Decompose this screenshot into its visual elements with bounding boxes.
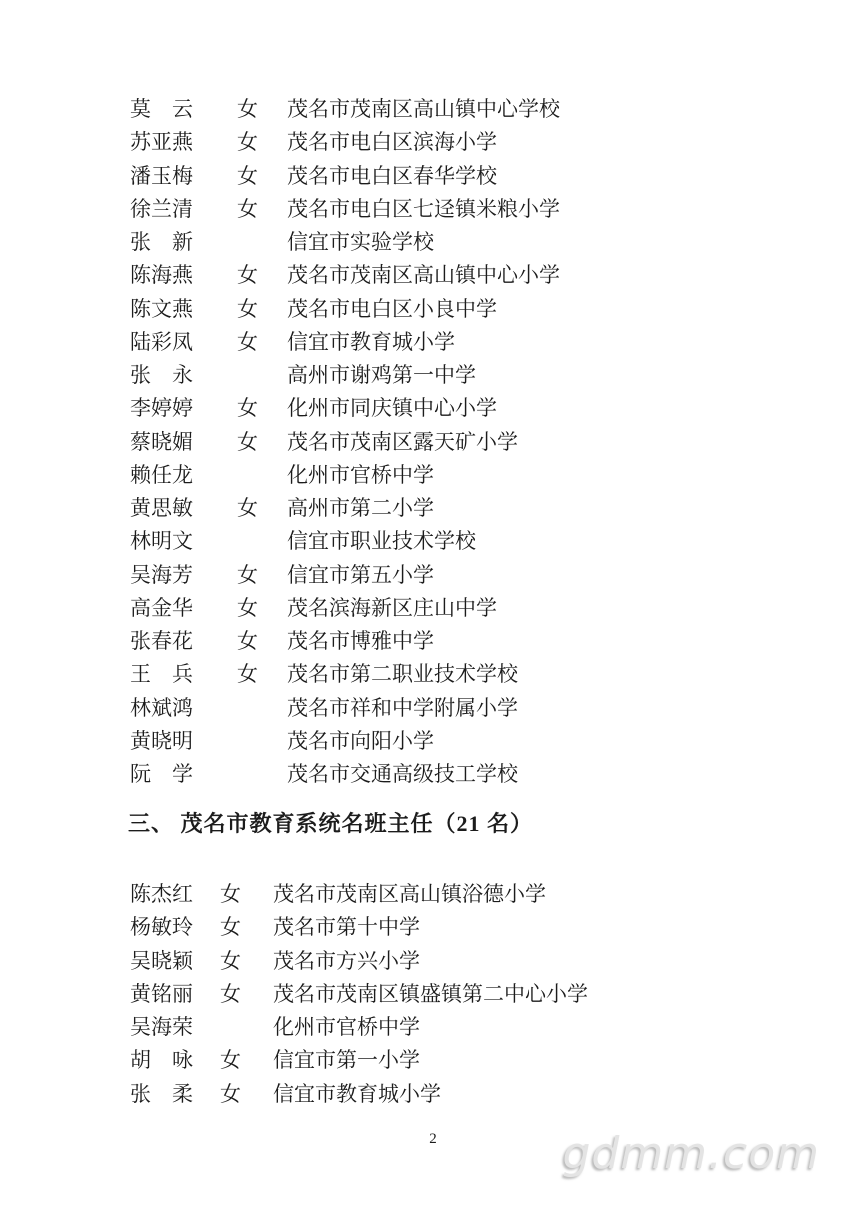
school-cell: 茂名市向阳小学 bbox=[287, 729, 434, 753]
table-row: 黄铭丽女茂名市茂南区镇盛镇第二中心小学 bbox=[130, 978, 588, 1011]
table-row: 潘玉梅女茂名市电白区春华学校 bbox=[130, 160, 560, 193]
name-cell: 苏亚燕 bbox=[130, 126, 237, 159]
document-page: 莫 云女茂名市茂南区高山镇中心学校苏亚燕女茂名市电白区滨海小学潘玉梅女茂名市电白… bbox=[0, 0, 866, 1224]
gender-cell: 女 bbox=[237, 93, 287, 126]
gender-cell: 女 bbox=[237, 259, 287, 292]
name-cell: 张 柔 bbox=[130, 1078, 220, 1111]
table-row: 吴海荣化州市官桥中学 bbox=[130, 1011, 588, 1044]
school-cell: 信宜市教育城小学 bbox=[273, 1082, 441, 1106]
name-cell: 林斌鸿 bbox=[130, 692, 237, 725]
gender-cell: 女 bbox=[237, 392, 287, 425]
school-cell: 信宜市第一小学 bbox=[273, 1048, 420, 1072]
name-cell: 阮 学 bbox=[130, 758, 237, 791]
table-row: 陈海燕女茂名市茂南区高山镇中心小学 bbox=[130, 259, 560, 292]
school-cell: 茂名滨海新区庄山中学 bbox=[287, 596, 497, 620]
table-row: 林斌鸿茂名市祥和中学附属小学 bbox=[130, 692, 560, 725]
school-cell: 茂名市祥和中学附属小学 bbox=[287, 696, 518, 720]
table-row: 陈文燕女茂名市电白区小良中学 bbox=[130, 293, 560, 326]
name-cell: 陈杰红 bbox=[130, 878, 220, 911]
gender-cell: 女 bbox=[237, 426, 287, 459]
table-row: 黄思敏女高州市第二小学 bbox=[130, 492, 560, 525]
school-cell: 茂名市茂南区高山镇中心小学 bbox=[287, 263, 560, 287]
school-cell: 茂名市第二职业技术学校 bbox=[287, 662, 518, 686]
head-teacher-list: 陈杰红女茂名市茂南区高山镇浴德小学杨敏玲女茂名市第十中学吴晓颖女茂名市方兴小学黄… bbox=[130, 878, 588, 1111]
gender-cell: 女 bbox=[237, 559, 287, 592]
name-cell: 徐兰清 bbox=[130, 193, 237, 226]
table-row: 蔡晓媚女茂名市茂南区露天矿小学 bbox=[130, 426, 560, 459]
gender-cell: 女 bbox=[220, 878, 273, 911]
table-row: 张 永高州市谢鸡第一中学 bbox=[130, 359, 560, 392]
name-cell: 高金华 bbox=[130, 592, 237, 625]
name-cell: 陈文燕 bbox=[130, 293, 237, 326]
gender-cell: 女 bbox=[237, 293, 287, 326]
name-cell: 张春花 bbox=[130, 625, 237, 658]
watermark: gdmm.com bbox=[562, 1128, 820, 1179]
name-cell: 林明文 bbox=[130, 525, 237, 558]
section-heading: 三、 茂名市教育系统名班主任（21 名） bbox=[128, 807, 533, 838]
name-cell: 李婷婷 bbox=[130, 392, 237, 425]
name-cell: 张 新 bbox=[130, 226, 237, 259]
school-cell: 茂名市方兴小学 bbox=[273, 949, 420, 973]
school-cell: 信宜市职业技术学校 bbox=[287, 529, 476, 553]
table-row: 陆彩凤女信宜市教育城小学 bbox=[130, 326, 560, 359]
name-cell: 吴海荣 bbox=[130, 1011, 220, 1044]
name-cell: 莫 云 bbox=[130, 93, 237, 126]
school-cell: 高州市第二小学 bbox=[287, 496, 434, 520]
gender-cell: 女 bbox=[237, 126, 287, 159]
table-row: 张春花女茂名市博雅中学 bbox=[130, 625, 560, 658]
table-row: 赖任龙化州市官桥中学 bbox=[130, 459, 560, 492]
table-row: 阮 学茂名市交通高级技工学校 bbox=[130, 758, 560, 791]
name-cell: 陆彩凤 bbox=[130, 326, 237, 359]
table-row: 高金华女茂名滨海新区庄山中学 bbox=[130, 592, 560, 625]
gender-cell: 女 bbox=[237, 625, 287, 658]
table-row: 李婷婷女化州市同庆镇中心小学 bbox=[130, 392, 560, 425]
name-cell: 黄铭丽 bbox=[130, 978, 220, 1011]
table-row: 黄晓明茂名市向阳小学 bbox=[130, 725, 560, 758]
name-cell: 潘玉梅 bbox=[130, 160, 237, 193]
school-cell: 茂名市电白区七迳镇米粮小学 bbox=[287, 197, 560, 221]
table-row: 林明文信宜市职业技术学校 bbox=[130, 525, 560, 558]
table-row: 胡 咏女信宜市第一小学 bbox=[130, 1044, 588, 1077]
name-cell: 黄思敏 bbox=[130, 492, 237, 525]
name-cell: 杨敏玲 bbox=[130, 911, 220, 944]
gender-cell: 女 bbox=[237, 592, 287, 625]
name-cell: 王 兵 bbox=[130, 658, 237, 691]
table-row: 陈杰红女茂名市茂南区高山镇浴德小学 bbox=[130, 878, 588, 911]
table-row: 吴海芳女信宜市第五小学 bbox=[130, 559, 560, 592]
school-cell: 茂名市茂南区镇盛镇第二中心小学 bbox=[273, 982, 588, 1006]
school-cell: 茂名市茂南区高山镇浴德小学 bbox=[273, 882, 546, 906]
table-row: 吴晓颖女茂名市方兴小学 bbox=[130, 945, 588, 978]
school-cell: 化州市同庆镇中心小学 bbox=[287, 396, 497, 420]
table-row: 徐兰清女茂名市电白区七迳镇米粮小学 bbox=[130, 193, 560, 226]
school-cell: 信宜市教育城小学 bbox=[287, 330, 455, 354]
name-cell: 陈海燕 bbox=[130, 259, 237, 292]
gender-cell: 女 bbox=[220, 1044, 273, 1077]
gender-cell: 女 bbox=[237, 658, 287, 691]
school-cell: 茂名市茂南区高山镇中心学校 bbox=[287, 97, 560, 121]
school-cell: 茂名市电白区小良中学 bbox=[287, 297, 497, 321]
school-cell: 茂名市电白区春华学校 bbox=[287, 164, 497, 188]
name-cell: 赖任龙 bbox=[130, 459, 237, 492]
school-cell: 茂名市交通高级技工学校 bbox=[287, 762, 518, 786]
table-row: 杨敏玲女茂名市第十中学 bbox=[130, 911, 588, 944]
school-cell: 信宜市第五小学 bbox=[287, 563, 434, 587]
name-cell: 黄晓明 bbox=[130, 725, 237, 758]
gender-cell: 女 bbox=[237, 193, 287, 226]
gender-cell: 女 bbox=[237, 160, 287, 193]
name-cell: 蔡晓媚 bbox=[130, 426, 237, 459]
school-cell: 化州市官桥中学 bbox=[287, 463, 434, 487]
name-cell: 吴海芳 bbox=[130, 559, 237, 592]
school-cell: 化州市官桥中学 bbox=[273, 1015, 420, 1039]
gender-cell: 女 bbox=[220, 1078, 273, 1111]
school-cell: 信宜市实验学校 bbox=[287, 230, 434, 254]
gender-cell: 女 bbox=[237, 492, 287, 525]
name-cell: 张 永 bbox=[130, 359, 237, 392]
name-cell: 胡 咏 bbox=[130, 1044, 220, 1077]
table-row: 莫 云女茂名市茂南区高山镇中心学校 bbox=[130, 93, 560, 126]
name-cell: 吴晓颖 bbox=[130, 945, 220, 978]
table-row: 张 新信宜市实验学校 bbox=[130, 226, 560, 259]
school-cell: 茂名市博雅中学 bbox=[287, 629, 434, 653]
gender-cell: 女 bbox=[220, 911, 273, 944]
school-cell: 茂名市电白区滨海小学 bbox=[287, 130, 497, 154]
school-cell: 高州市谢鸡第一中学 bbox=[287, 363, 476, 387]
gender-cell: 女 bbox=[237, 326, 287, 359]
gender-cell: 女 bbox=[220, 978, 273, 1011]
school-cell: 茂名市第十中学 bbox=[273, 915, 420, 939]
gender-cell: 女 bbox=[220, 945, 273, 978]
table-row: 张 柔女信宜市教育城小学 bbox=[130, 1078, 588, 1111]
table-row: 王 兵女茂名市第二职业技术学校 bbox=[130, 658, 560, 691]
school-cell: 茂名市茂南区露天矿小学 bbox=[287, 430, 518, 454]
awardee-list-continued: 莫 云女茂名市茂南区高山镇中心学校苏亚燕女茂名市电白区滨海小学潘玉梅女茂名市电白… bbox=[130, 93, 560, 791]
table-row: 苏亚燕女茂名市电白区滨海小学 bbox=[130, 126, 560, 159]
